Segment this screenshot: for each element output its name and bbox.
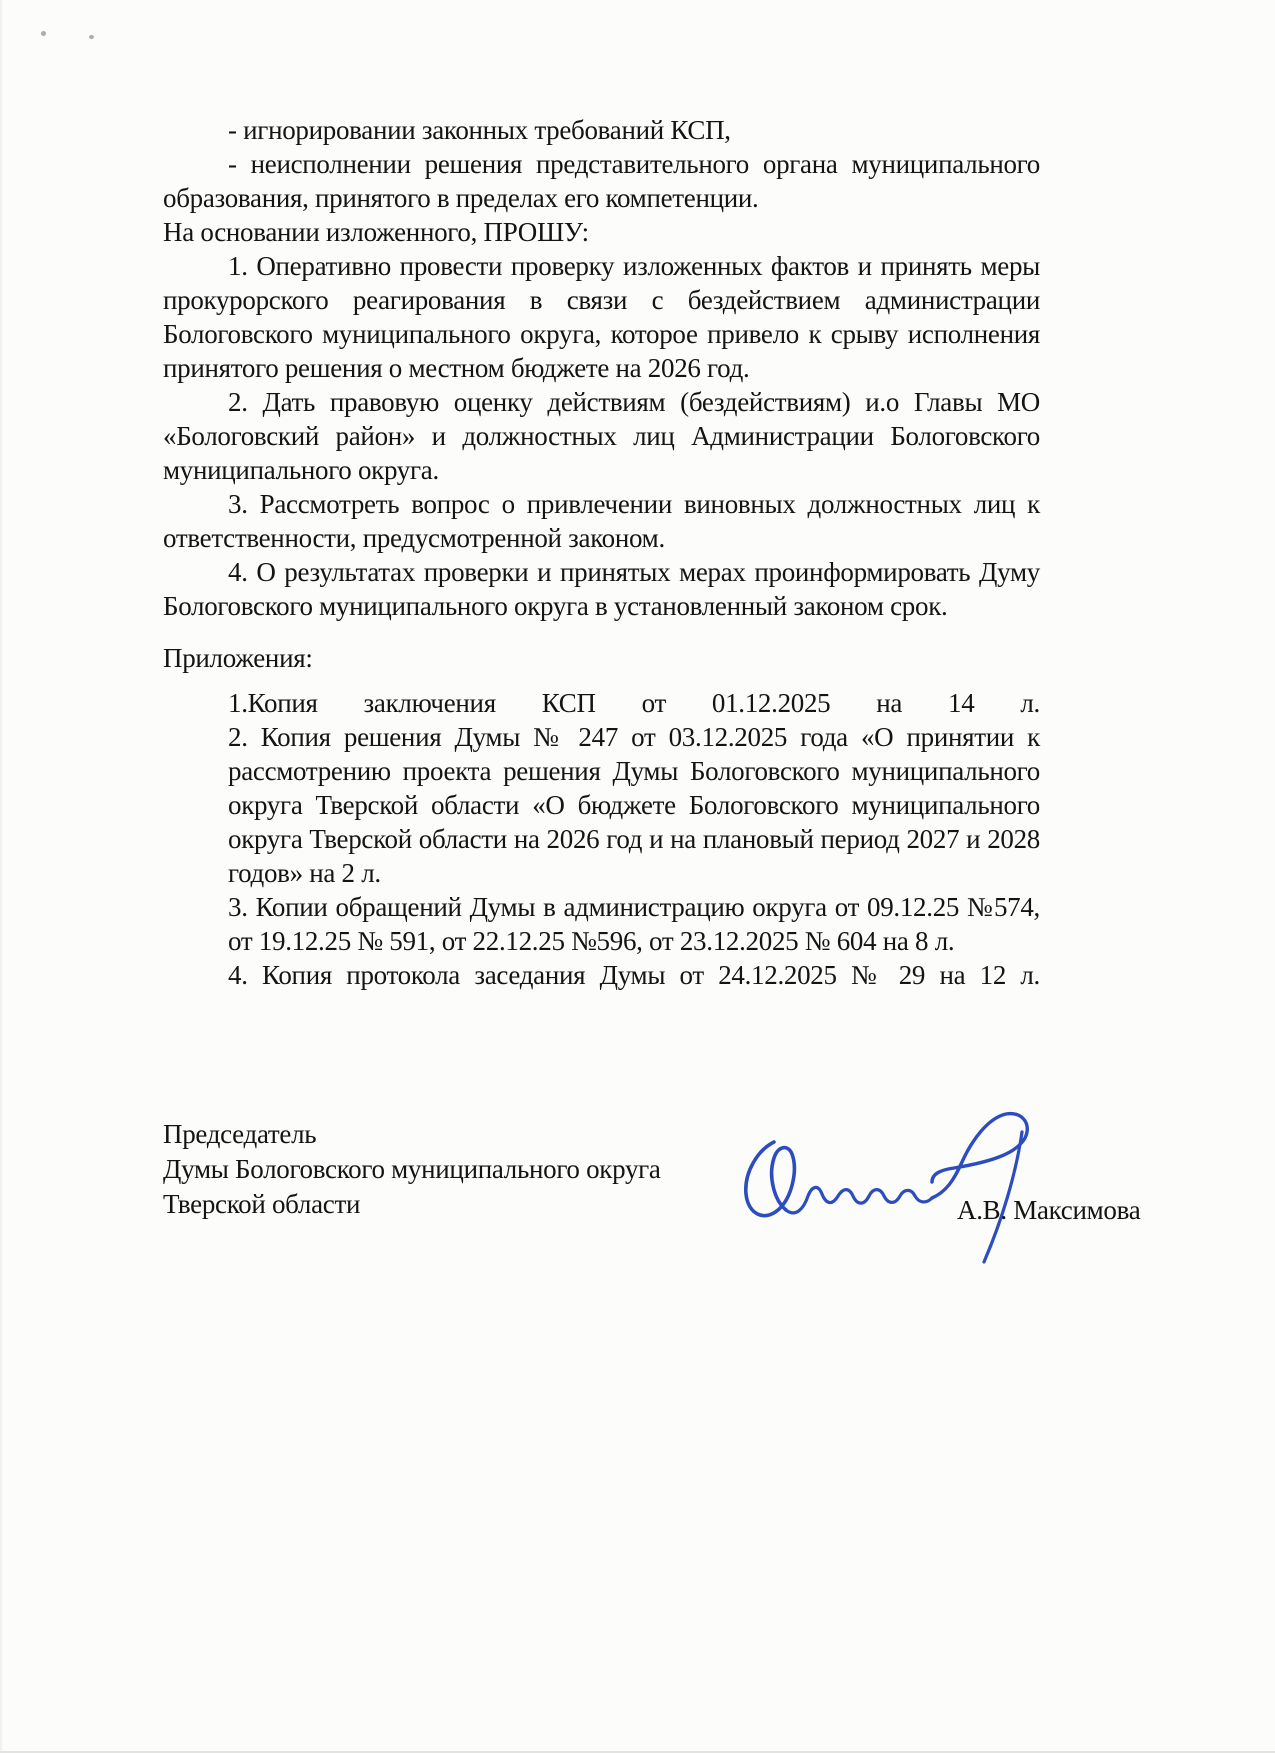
text-line: Бологовского муниципального округа, кото… bbox=[163, 317, 1040, 351]
text-line: 1. Оперативно провести проверку изложенн… bbox=[163, 249, 1040, 283]
text-line: - игнорировании законных требований КСП, bbox=[163, 113, 1040, 147]
text-line: от 19.12.25 № 591, от 22.12.25 №596, от … bbox=[228, 924, 1040, 958]
text-line: прокурорского реагирования в связи с без… bbox=[163, 283, 1040, 317]
text-line: 3. Копии обращений Думы в администрацию … bbox=[228, 890, 1040, 924]
text-line: Тверской области bbox=[163, 1187, 783, 1222]
text-line: годов» на 2 л. bbox=[228, 856, 1040, 890]
text-line: 4. Копия протокола заседания Думы от 24.… bbox=[228, 958, 1040, 992]
attachments-list: 1.Копия заключения КСП от 01.12.2025 на … bbox=[228, 686, 1040, 992]
text-line: 2. Дать правовую оценку действиям (безде… bbox=[163, 385, 1040, 419]
body-text: - игнорировании законных требований КСП,… bbox=[163, 113, 1040, 623]
text-line: округа Тверской области «О бюджете Болог… bbox=[228, 788, 1040, 822]
document-page: - игнорировании законных требований КСП,… bbox=[0, 0, 1275, 1753]
text-line: 2. Копия решения Думы № 247 от 03.12.202… bbox=[228, 720, 1040, 754]
text-line: образования, принятого в пределах его ко… bbox=[163, 181, 1040, 215]
handwritten-signature bbox=[740, 1104, 1080, 1269]
text-line: ответственности, предусмотренной законом… bbox=[163, 521, 1040, 555]
text-line: муниципального округа. bbox=[163, 453, 1040, 487]
text-line: 4. О результатах проверки и принятых мер… bbox=[163, 555, 1040, 589]
scan-speck bbox=[89, 35, 94, 39]
scan-speck bbox=[41, 31, 46, 36]
text-line: Бологовского муниципального округа в уст… bbox=[163, 589, 1040, 623]
attachments-heading: Приложения: bbox=[163, 641, 313, 675]
text-line: принятого решения о местном бюджете на 2… bbox=[163, 351, 1040, 385]
text-line: 1.Копия заключения КСП от 01.12.2025 на … bbox=[228, 686, 1040, 720]
text-line: Думы Бологовского муниципального округа bbox=[163, 1152, 783, 1187]
signature-block: ПредседательДумы Бологовского муниципаль… bbox=[163, 1117, 783, 1222]
text-line: 3. Рассмотреть вопрос о привлечении вино… bbox=[163, 487, 1040, 521]
text-line: округа Тверской области на 2026 год и на… bbox=[228, 822, 1040, 856]
text-line: На основании изложенного, ПРОШУ: bbox=[163, 215, 1040, 249]
text-line: - неисполнении решения представительного… bbox=[163, 147, 1040, 181]
text-line: рассмотрению проекта решения Думы Болого… bbox=[228, 754, 1040, 788]
signer-name: А.В. Максимова bbox=[957, 1193, 1140, 1227]
text-line: Председатель bbox=[163, 1117, 783, 1152]
text-line: «Бологовский район» и должностных лиц Ад… bbox=[163, 419, 1040, 453]
